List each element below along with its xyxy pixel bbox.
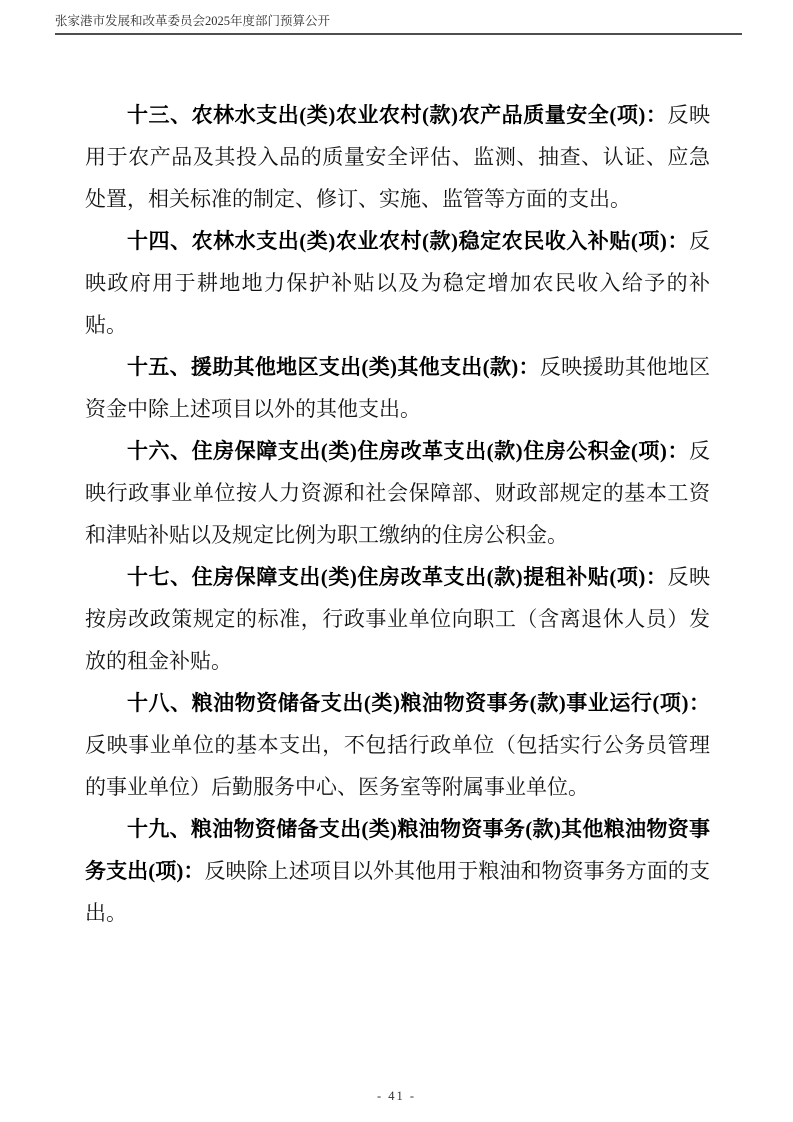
paragraph: 十四、农林水支出(类)农业农村(款)稳定农民收入补贴(项)：反映政府用于耕地地力… xyxy=(85,220,710,346)
paragraph: 十九、粮油物资储备支出(类)粮油物资事务(款)其他粮油物资事务支出(项)：反映除… xyxy=(85,808,710,934)
paragraph-heading: 十七、住房保障支出(类)住房改革支出(款)提租补贴(项)： xyxy=(127,565,667,589)
paragraph: 十八、粮油物资储备支出(类)粮油物资事务(款)事业运行(项)：反映事业单位的基本… xyxy=(85,682,710,808)
paragraph: 十六、住房保障支出(类)住房改革支出(款)住房公积金(项)：反映行政事业单位按人… xyxy=(85,430,710,556)
paragraph-heading: 十四、农林水支出(类)农业农村(款)稳定农民收入补贴(项)： xyxy=(127,229,689,253)
paragraph-heading: 十三、农林水支出(类)农业农村(款)农产品质量安全(项)： xyxy=(127,103,667,127)
paragraph: 十七、住房保障支出(类)住房改革支出(款)提租补贴(项)：反映按房改政策规定的标… xyxy=(85,556,710,682)
document-body: 十三、农林水支出(类)农业农村(款)农产品质量安全(项)：反映用于农产品及其投入… xyxy=(85,94,710,934)
paragraph-heading: 十五、援助其他地区支出(类)其他支出(款)： xyxy=(127,355,540,379)
header-title: 张家港市发展和改革委员会2025年度部门预算公开 xyxy=(55,14,330,28)
paragraph-heading: 十八、粮油物资储备支出(类)粮油物资事务(款)事业运行(项)： xyxy=(127,691,710,715)
paragraph-body: 反映事业单位的基本支出，不包括行政单位（包括实行公务员管理的事业单位）后勤服务中… xyxy=(85,733,710,799)
paragraph: 十五、援助其他地区支出(类)其他支出(款)：反映援助其他地区资金中除上述项目以外… xyxy=(85,346,710,430)
paragraph: 十三、农林水支出(类)农业农村(款)农产品质量安全(项)：反映用于农产品及其投入… xyxy=(85,94,710,220)
document-page: 张家港市发展和改革委员会2025年度部门预算公开 十三、农林水支出(类)农业农村… xyxy=(0,0,793,1122)
page-footer: - 41 - xyxy=(0,1089,793,1104)
page-header: 张家港市发展和改革委员会2025年度部门预算公开 xyxy=(55,13,742,35)
paragraph-heading: 十六、住房保障支出(类)住房改革支出(款)住房公积金(项)： xyxy=(127,439,689,463)
page-number: - 41 - xyxy=(377,1089,416,1103)
